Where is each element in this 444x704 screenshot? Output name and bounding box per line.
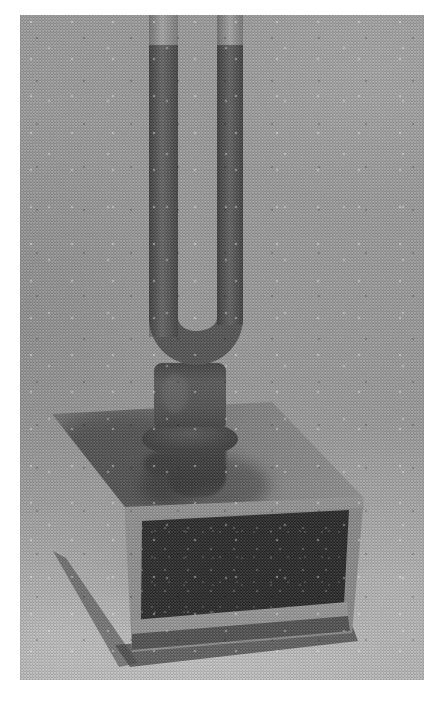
- photograph: [20, 15, 424, 680]
- paper-margin: [0, 0, 444, 704]
- page: { "meta": { "kind": "halftone-photograph…: [0, 0, 444, 704]
- halftone-texture: [20, 15, 424, 680]
